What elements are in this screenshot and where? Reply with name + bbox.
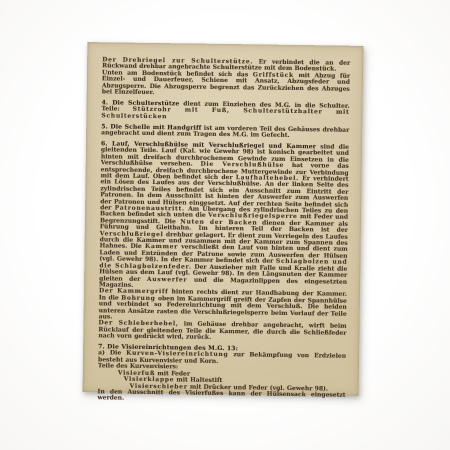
paragraph: Der Kammergriff hinten rechts dient zur … [99,289,347,324]
document-page: Der Drehriegel zur Schulterstütze. Er ve… [83,42,364,396]
text-segment: Stützrohr mit Fuß, Schulterstützhalter m… [101,106,349,120]
text-segment: Auswerfer [147,275,188,283]
paragraph: In den Ausschnitt des Visierfußes kann d… [97,389,345,405]
text-body: Der Drehriegel zur Schulterstütze. Er ve… [98,57,351,385]
paragraph: Der Schieberhebel, im Gehäuse drehbar an… [98,321,346,344]
paragraph: 6. Lauf, Verschlußhülse mit Verschlußrie… [99,141,349,292]
scan-viewport: Der Drehriegel zur Schulterstütze. Er ve… [0,0,450,450]
text-segment: In den Ausschnitt des Visierfußes kann d… [97,388,345,402]
paragraph: 4. Die Schulterstütze dient zum Einziehe… [101,100,349,123]
paragraph: Unten am Bodenstück befindet sich das Gr… [102,70,350,99]
paragraph: 5. Die Schelle mit Handgriff ist am vord… [101,124,349,140]
